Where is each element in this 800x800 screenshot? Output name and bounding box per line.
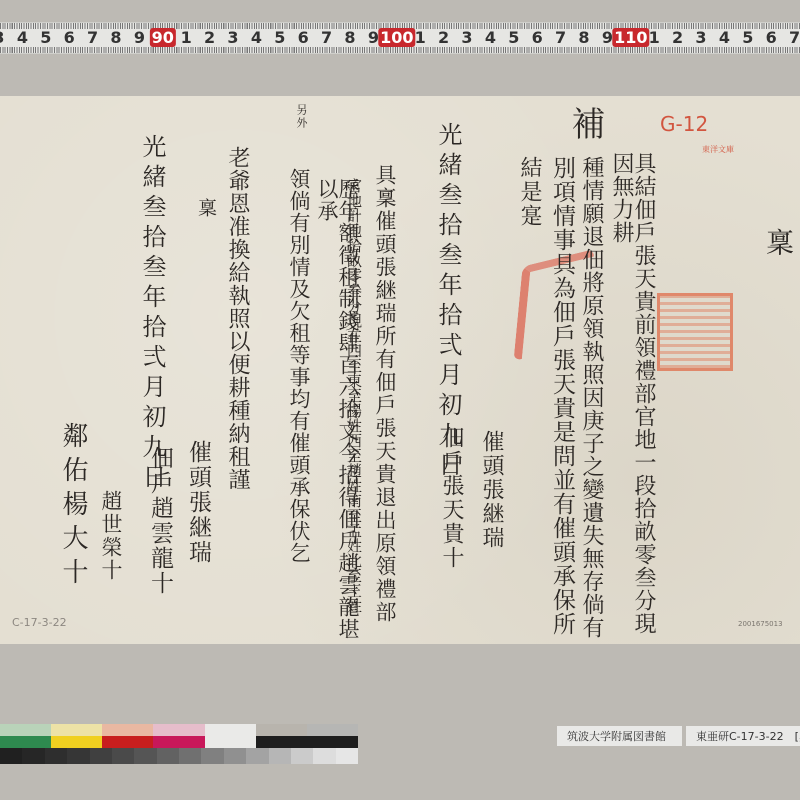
text-column-4: 結是寔	[518, 156, 540, 228]
ruler-number: 2	[672, 28, 683, 47]
ruler-number: 8	[344, 28, 355, 47]
color-calibration-chart	[0, 724, 358, 766]
text-column-9: 老爺恩准換給執照以便耕種納租謹	[226, 146, 248, 491]
ruler-number: 9	[134, 28, 145, 47]
text-column-7: 歷年額徵租制錢肆百六拾文今招得佃戶趙雲龍堪以承	[316, 178, 358, 644]
color-swatch	[307, 724, 358, 736]
color-swatch	[153, 724, 204, 736]
color-swatch	[157, 748, 179, 764]
signature-neighbor-zhao: 趙世榮十	[100, 490, 121, 582]
color-swatch	[112, 748, 134, 764]
ruler-number: 7	[789, 28, 800, 47]
ruler-number: 3	[227, 28, 238, 47]
library-label: 筑波大学附属図書館	[557, 726, 682, 746]
header-mark: 補	[568, 106, 602, 142]
ruler-number: 3	[695, 28, 706, 47]
signature-tenant: 佃戶張天貴十	[440, 426, 462, 570]
color-swatch	[179, 748, 201, 764]
color-swatch	[307, 736, 358, 748]
color-swatch	[51, 736, 102, 748]
ruler-number: 7	[87, 28, 98, 47]
signature-new-tenant: 佃戶趙雲龍十	[148, 446, 171, 596]
right-edge-char: 稟	[764, 228, 792, 258]
catalog-number: 2001675013	[738, 620, 783, 628]
ruler-number: 4	[485, 28, 496, 47]
color-swatch	[90, 748, 112, 764]
color-chart-top-row	[0, 724, 358, 736]
margin-note: 另外	[296, 104, 307, 130]
ruler-number: 8	[110, 28, 121, 47]
color-swatch	[269, 748, 291, 764]
ruler-number: 7	[555, 28, 566, 47]
ruler-number: 2	[204, 28, 215, 47]
corner-label: G-12	[660, 112, 708, 136]
date-column-2: 光緒叁拾叁年拾弍月初九日	[140, 134, 164, 494]
ruler-number: 1	[415, 28, 426, 47]
color-swatch	[67, 748, 89, 764]
text-column-5: 具稟催頭張継瑞所有佃戶張天貴退出原領禮部	[374, 164, 395, 624]
color-swatch	[0, 748, 22, 764]
ruler-number: 7	[321, 28, 332, 47]
pencil-note: C-17-3-22	[12, 616, 67, 629]
color-swatch	[224, 748, 246, 764]
color-swatch	[102, 736, 153, 748]
ruler-number: 110	[612, 28, 649, 47]
measuring-ruler: 3456789901234567891001234567891101234567	[0, 22, 800, 54]
gray-scale-row	[0, 748, 358, 764]
color-swatch	[313, 748, 335, 764]
text-column-8: 領倘有別情及欠租等事均有催頭承保伏乞	[288, 168, 309, 564]
signature-neighbor-yang: 鄰佑楊大十	[60, 422, 86, 592]
color-swatch	[256, 724, 307, 736]
text-column-10: 稟	[196, 198, 215, 219]
color-swatch	[51, 724, 102, 736]
color-swatch	[0, 724, 51, 736]
ruler-number: 4	[17, 28, 28, 47]
signature-foreman-2: 催頭張継瑞𢇊	[186, 440, 209, 590]
ruler-number: 2	[438, 28, 449, 47]
color-swatch	[45, 748, 67, 764]
color-swatch	[205, 736, 256, 748]
signature-foreman: 催頭張継瑞𢇊	[480, 430, 502, 574]
ruler-number: 4	[251, 28, 262, 47]
ruler-number: 5	[274, 28, 285, 47]
color-chart-mid-row	[0, 736, 358, 748]
color-swatch	[134, 748, 156, 764]
ruler-number: 6	[532, 28, 543, 47]
color-swatch	[246, 748, 268, 764]
color-swatch	[336, 748, 358, 764]
color-swatch	[153, 736, 204, 748]
ruler-number: 100	[378, 28, 415, 47]
ruler-number: 90	[150, 28, 176, 47]
text-column-3: 別項情事具為佃戶張天貴是問並有催頭承保所	[550, 156, 573, 636]
color-swatch	[205, 724, 256, 736]
ruler-number: 1	[181, 28, 192, 47]
ruler-ticks-bottom	[0, 47, 800, 53]
ruler-number: 3	[461, 28, 472, 47]
ruler-number: 6	[298, 28, 309, 47]
color-swatch	[201, 748, 223, 764]
ruler-number: 5	[742, 28, 753, 47]
catalog-label: 東亜研C-17-3-22 [具結	[686, 726, 800, 746]
color-swatch	[22, 748, 44, 764]
ruler-number: 8	[578, 28, 589, 47]
ruler-number: 5	[40, 28, 51, 47]
text-column-1: 具結佃戶張天貴前領禮部官地一段拾畝零叁分現因無力耕	[610, 152, 654, 644]
ruler-number: 6	[64, 28, 75, 47]
color-swatch	[256, 736, 307, 748]
color-swatch	[0, 736, 51, 748]
ruler-number: 3	[0, 28, 5, 47]
ruler-number: 6	[766, 28, 777, 47]
red-seal	[657, 293, 733, 371]
library-stamp: 東洋文庫	[702, 144, 734, 155]
color-swatch	[102, 724, 153, 736]
ruler-number: 5	[508, 28, 519, 47]
color-swatch	[291, 748, 313, 764]
ruler-number: 4	[719, 28, 730, 47]
text-column-2: 種情願退佃將原領執照因庚子之變遺失無存倘有	[580, 156, 602, 639]
document-paper: G-12 東洋文庫 稟 補 另外 具結佃戶張天貴前領禮部官地一段拾畝零叁分現因無…	[0, 96, 800, 644]
ruler-number: 1	[649, 28, 660, 47]
